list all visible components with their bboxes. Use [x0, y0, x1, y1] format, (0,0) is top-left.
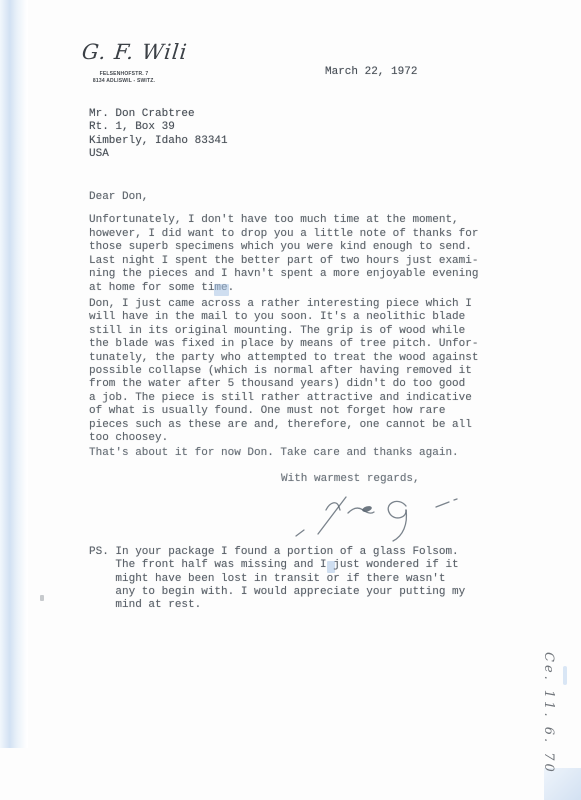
letterhead-city: 8134 ADLISWIL - SWITZ. [93, 78, 155, 84]
scan-edge-left [0, 0, 28, 748]
scan-speck [40, 595, 44, 601]
scan-highlight-artifact-time [214, 284, 229, 296]
letter-scan-page: G. F. Wili FELSENHOFSTR. 7 8134 ADLISWIL… [0, 0, 581, 800]
postscript: PS. In your package I found a portion of… [89, 546, 465, 612]
scan-blue-tick [563, 666, 567, 685]
letterhead-street: FELSENHOFSTR. 7 [100, 71, 149, 77]
salutation: Dear Don, [89, 191, 148, 203]
catalog-number-annotation: Ce. 11. 6. 70 [538, 652, 556, 764]
body-paragraph-2: Don, I just came across a rather interes… [89, 298, 478, 445]
closing-line: That's about it for now Don. Take care a… [89, 447, 459, 459]
body-paragraph-1: Unfortunately, I don't have too much tim… [89, 214, 478, 296]
letterhead-name: G. F. Wili [81, 40, 189, 64]
letter-date: March 22, 1972 [325, 66, 417, 78]
handwritten-signature [288, 492, 463, 550]
letterhead-address: FELSENHOFSTR. 7 8134 ADLISWIL - SWITZ. [84, 71, 164, 85]
recipient-address: Mr. Don Crabtree Rt. 1, Box 39 Kimberly,… [89, 108, 228, 162]
signoff-line: With warmest regards, [281, 473, 420, 485]
